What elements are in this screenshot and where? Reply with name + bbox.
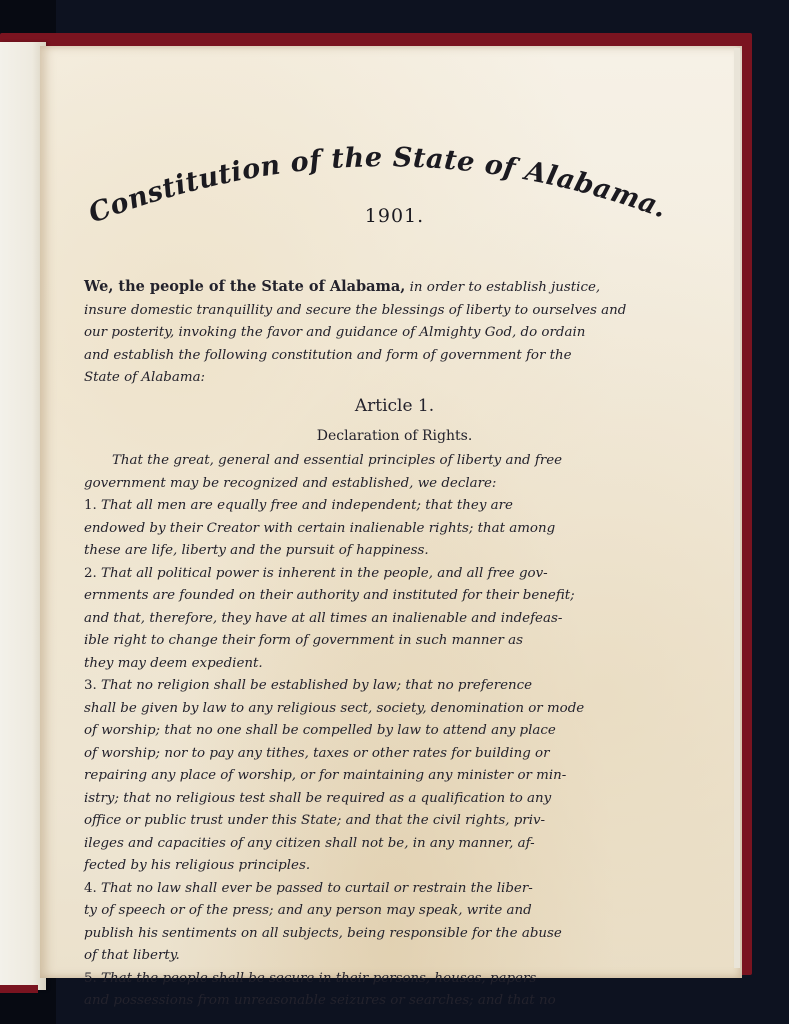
article-heading: Article 1. xyxy=(0,396,789,416)
section-line: they may deem expedient. xyxy=(84,653,696,676)
section-line: ernments are founded on their authority … xyxy=(84,585,696,608)
preamble-lead: We, the people of the State of Alabama, xyxy=(84,278,405,295)
section-line: these are life, liberty and the pursuit … xyxy=(84,540,696,563)
section-number: 2. xyxy=(84,566,97,581)
section-number: 3. xyxy=(84,678,97,693)
article-subheading: Declaration of Rights. xyxy=(0,428,789,444)
book-cover-corner xyxy=(0,985,38,993)
section-line: of worship; that no one shall be compell… xyxy=(84,720,696,743)
section-1: 1. That all men are equally free and ind… xyxy=(84,495,696,563)
preamble-line: in order to establish justice, xyxy=(405,280,600,295)
section-line: ty of speech or of the press; and any pe… xyxy=(84,900,696,923)
page-fore-edge xyxy=(734,48,740,968)
section-line: publish his sentiments on all subjects, … xyxy=(84,923,696,946)
preamble-line: State of Alabama: xyxy=(84,367,696,390)
section-2: 2. That all political power is inherent … xyxy=(84,563,696,676)
section-line: That no religion shall be established by… xyxy=(101,678,532,693)
section-number: 1. xyxy=(84,498,97,513)
section-line: That all men are equally free and indepe… xyxy=(101,498,513,513)
document-year: 1901. xyxy=(0,205,789,227)
section-line: shall be given by law to any religious s… xyxy=(84,698,696,721)
preamble-line: and establish the following constitution… xyxy=(84,345,696,368)
section-number: 5. xyxy=(84,971,97,986)
section-line: of that liberty. xyxy=(84,945,696,968)
section-line: and that, therefore, they have at all ti… xyxy=(84,608,696,631)
section-line: endowed by their Creator with certain in… xyxy=(84,518,696,541)
section-3: 3. That no religion shall be established… xyxy=(84,675,696,878)
section-line: repairing any place of worship, or for m… xyxy=(84,765,696,788)
declaration-of-rights: That the great, general and essential pr… xyxy=(84,450,696,1013)
intro-line: government may be recognized and establi… xyxy=(84,473,696,496)
section-line: That all political power is inherent in … xyxy=(101,566,548,581)
section-line: and possessions from unreasonable seizur… xyxy=(84,990,696,1013)
preamble-line: our posterity, invoking the favor and gu… xyxy=(84,322,696,345)
rights-intro: That the great, general and essential pr… xyxy=(84,450,696,473)
section-line: istry; that no religious test shall be r… xyxy=(84,788,696,811)
section-line: fected by his religious principles. xyxy=(84,855,696,878)
preamble: We, the people of the State of Alabama, … xyxy=(84,276,696,390)
preamble-line: insure domestic tranquillity and secure … xyxy=(84,300,696,323)
section-line: That no law shall ever be passed to curt… xyxy=(101,881,533,896)
section-number: 4. xyxy=(84,881,97,896)
section-line: of worship; nor to pay any tithes, taxes… xyxy=(84,743,696,766)
section-line: That the people shall be secure in their… xyxy=(101,971,536,986)
intro-line: That the great, general and essential pr… xyxy=(84,450,696,473)
section-line: ileges and capacities of any citizen sha… xyxy=(84,833,696,856)
section-5: 5. That the people shall be secure in th… xyxy=(84,968,696,1013)
section-4: 4. That no law shall ever be passed to c… xyxy=(84,878,696,968)
section-line: ible right to change their form of gover… xyxy=(84,630,696,653)
section-line: office or public trust under this State;… xyxy=(84,810,696,833)
